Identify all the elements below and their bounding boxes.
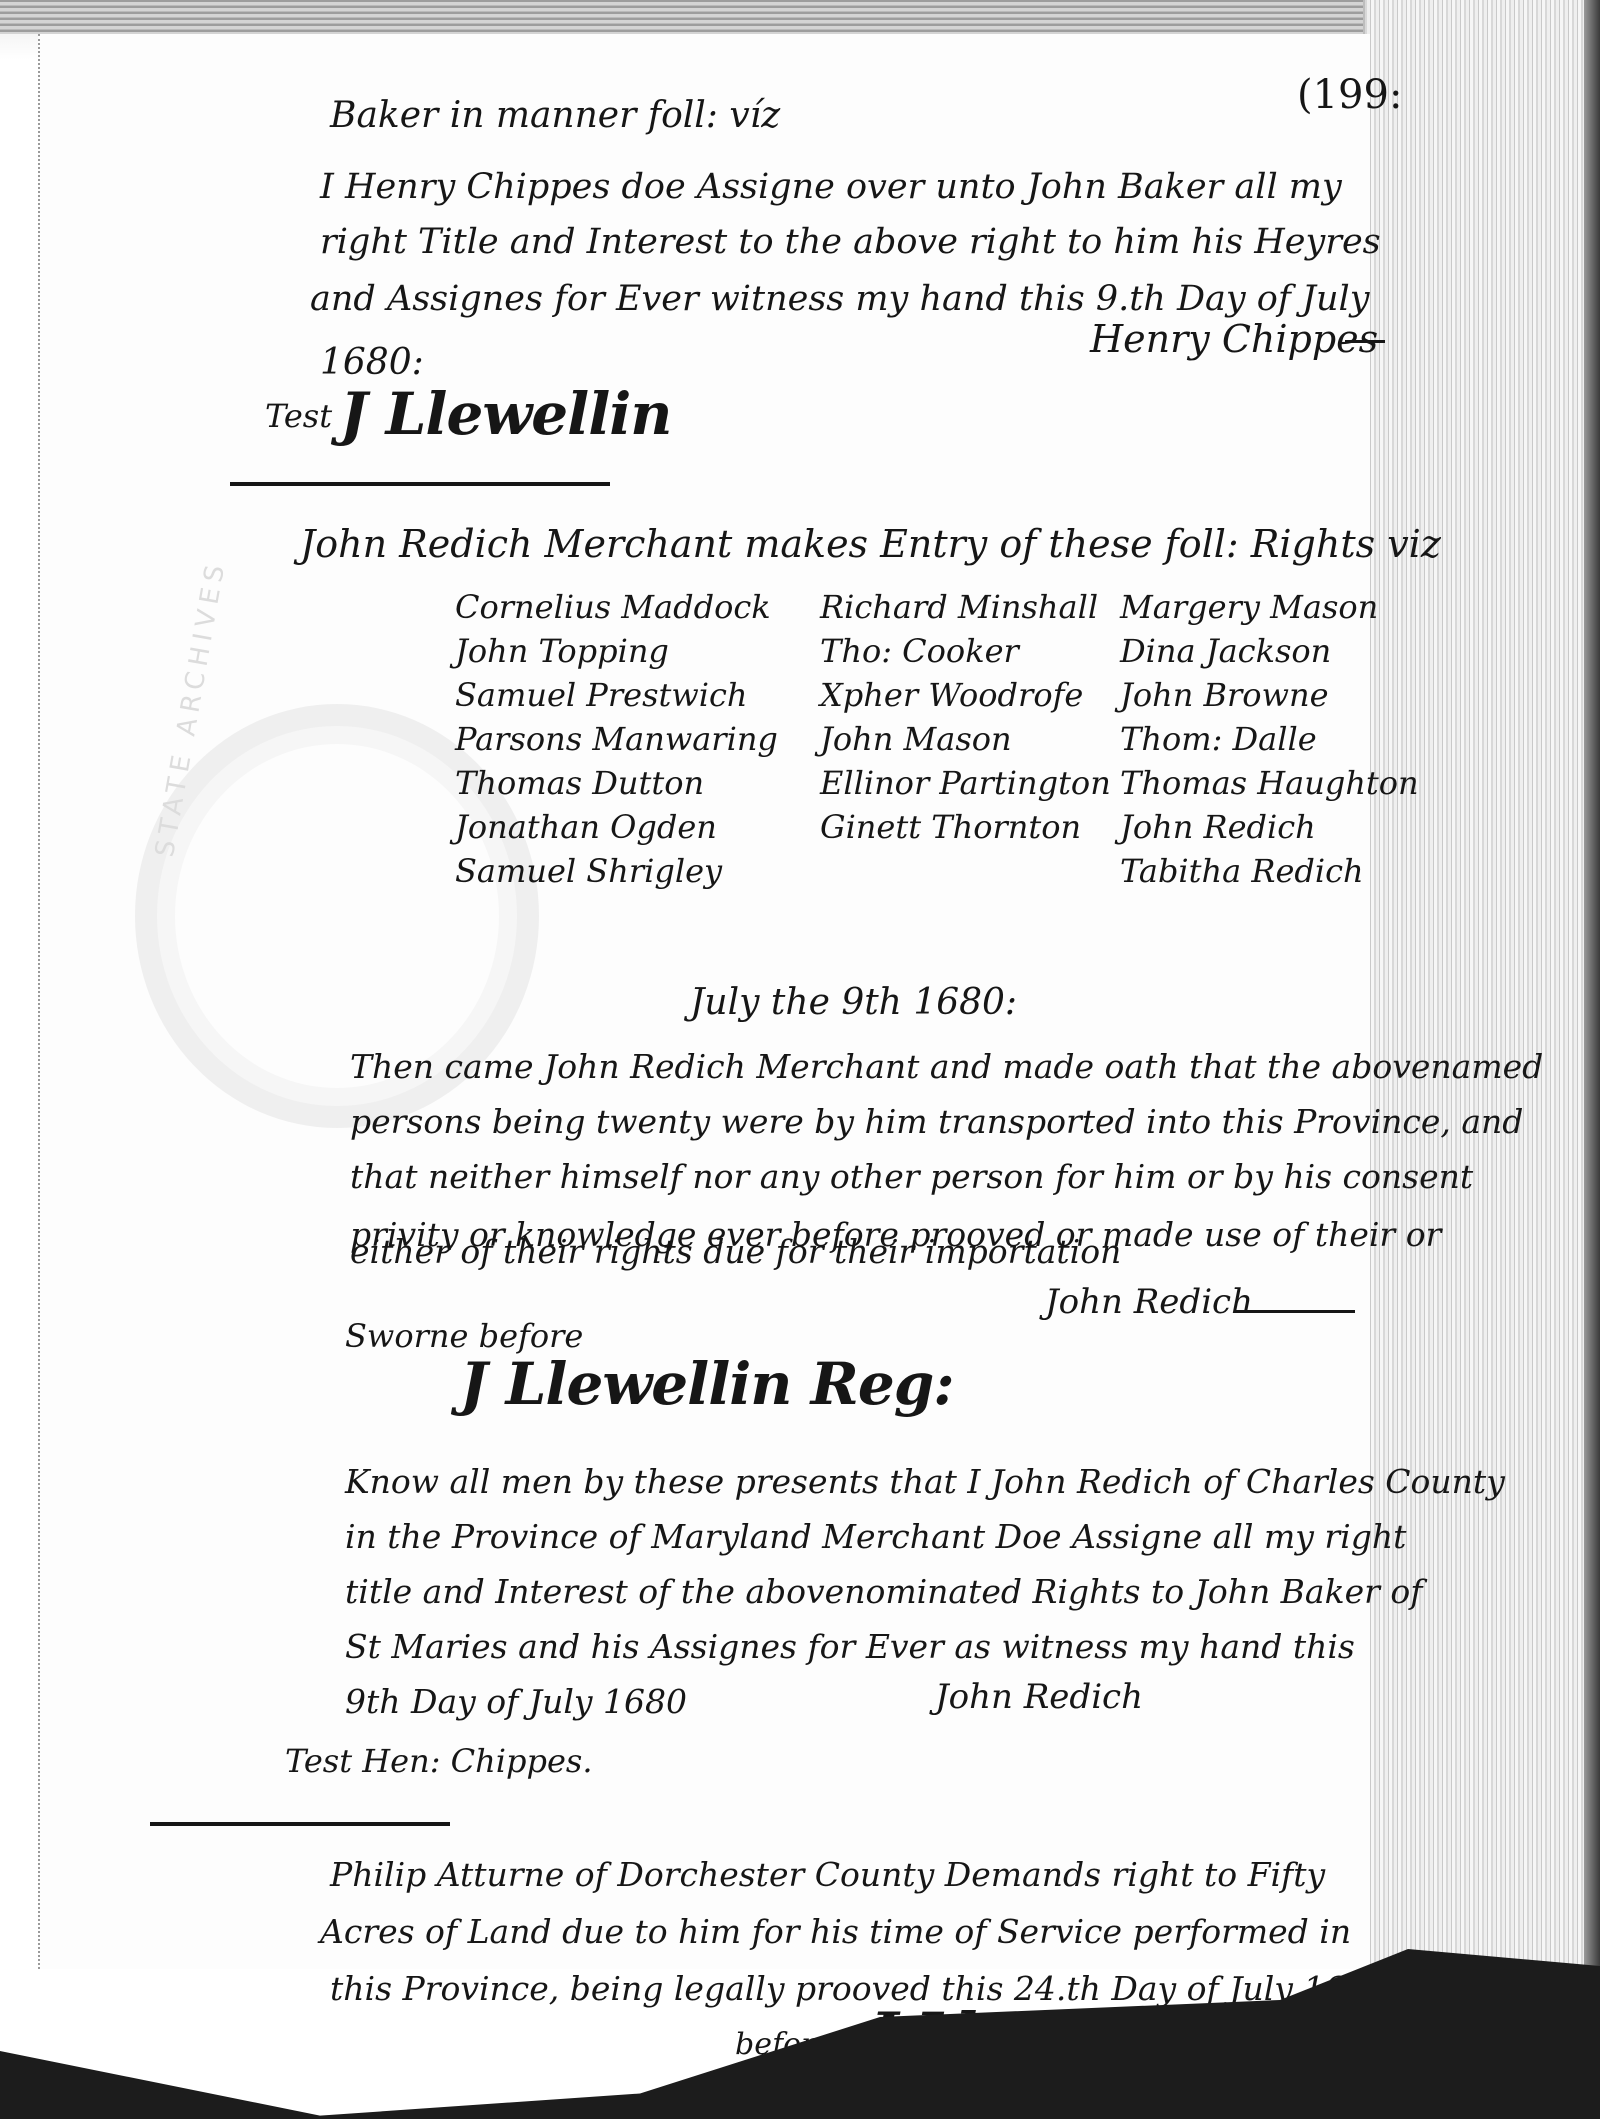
person-name: John Topping: [455, 629, 778, 673]
text-line: I Henry Chippes doe Assigne over unto Jo…: [320, 170, 1342, 205]
text-line: title and Interest of the abovenominated…: [345, 1575, 1422, 1608]
text-line: right Title and Interest to the above ri…: [320, 225, 1381, 260]
text-line: and Assignes for Ever witness my hand th…: [310, 282, 1369, 317]
person-name: Samuel Shrigley: [455, 849, 778, 893]
page-number: (199:: [1297, 72, 1402, 118]
text-line: Know all men by these presents that I Jo…: [345, 1465, 1505, 1498]
text-line: either of their rights due for their imp…: [350, 1235, 1121, 1268]
text-line: 1680:: [320, 345, 424, 381]
signature-dash: [1345, 340, 1385, 343]
book-top-edge: [0, 0, 1600, 34]
person-name: Ellinor Partington: [820, 761, 1111, 805]
section-divider: [150, 1822, 450, 1826]
person-name: Jonathan Ogden: [455, 805, 778, 849]
signature-henry-chippes: Henry Chippes: [1090, 320, 1378, 358]
names-column-1: Cornelius Maddock John Topping Samuel Pr…: [455, 585, 778, 893]
names-column-2: Richard Minshall Tho: Cooker Xpher Woodr…: [820, 585, 1111, 849]
person-name: Cornelius Maddock: [455, 585, 778, 629]
person-name: Samuel Prestwich: [455, 673, 778, 717]
person-name: Tabitha Redich: [1120, 849, 1419, 893]
book-page-edges: [1363, 0, 1600, 2000]
text-line: persons being twenty were by him transpo…: [350, 1105, 1523, 1138]
text-line: in the Province of Maryland Merchant Doe…: [345, 1520, 1406, 1553]
oath-date: July the 9th 1680:: [690, 985, 1017, 1021]
entry-heading: John Redich Merchant makes Entry of thes…: [300, 525, 1441, 563]
text-line: Baker in manner foll: víz: [330, 98, 780, 134]
text-line: that neither himself nor any other perso…: [350, 1160, 1473, 1193]
person-name: Ginett Thornton: [820, 805, 1111, 849]
attest-prefix: Test: [265, 400, 332, 432]
person-name: John Mason: [820, 717, 1111, 761]
person-name: Richard Minshall: [820, 585, 1111, 629]
person-name: Tho: Cooker: [820, 629, 1111, 673]
signature-john-redich: John Redich: [1045, 1285, 1253, 1319]
text-line: St Maries and his Assignes for Ever as w…: [345, 1630, 1355, 1663]
sworn-before-label: Sworne before: [345, 1320, 583, 1352]
person-name: Xpher Woodrofe: [820, 673, 1111, 717]
person-name: Thomas Haughton: [1120, 761, 1419, 805]
person-name: Thom: Dalle: [1120, 717, 1419, 761]
text-line: Philip Atturne of Dorchester County Dema…: [330, 1858, 1325, 1891]
person-name: John Redich: [1120, 805, 1419, 849]
person-name: Thomas Dutton: [455, 761, 778, 805]
section-divider: [230, 482, 610, 486]
text-line: Then came John Redich Merchant and made …: [350, 1050, 1543, 1083]
signature-llewellin-reg: J Llewellin Reg:: [460, 1350, 954, 1418]
text-line: 9th Day of July 1680: [345, 1685, 687, 1718]
witness-hen-chippes: Test Hen: Chippes.: [285, 1745, 592, 1777]
person-name: Margery Mason: [1120, 585, 1419, 629]
signature-john-redich: John Redich: [935, 1680, 1143, 1714]
text-line: Acres of Land due to him for his time of…: [320, 1915, 1351, 1948]
person-name: John Browne: [1120, 673, 1419, 717]
book-scan: STATE ARCHIVES (199: Baker in manner fol…: [0, 0, 1600, 2119]
signature-dash: [1235, 1310, 1355, 1313]
names-column-3: Margery Mason Dina Jackson John Browne T…: [1120, 585, 1419, 893]
signature-llewellin: J Llewellin: [340, 380, 671, 448]
person-name: Dina Jackson: [1120, 629, 1419, 673]
person-name: Parsons Manwaring: [455, 717, 778, 761]
